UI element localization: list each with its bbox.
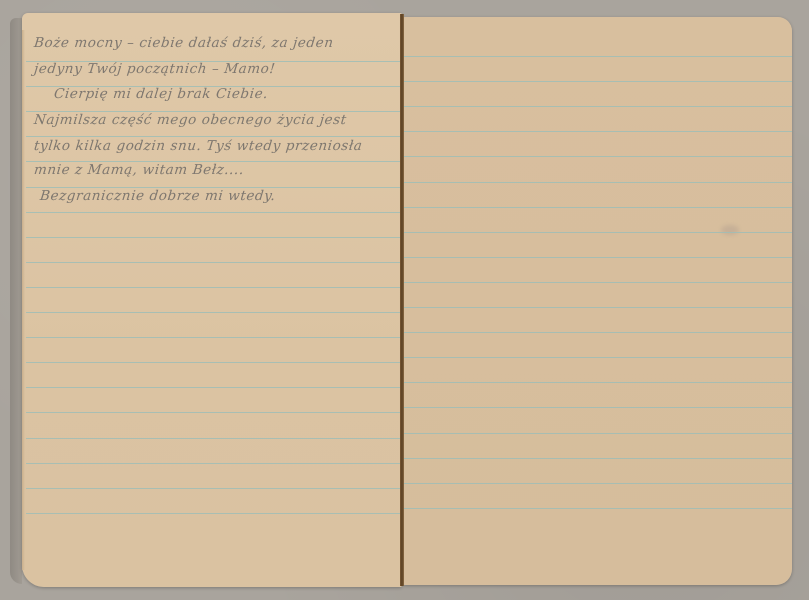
ruled-line xyxy=(26,337,400,338)
ruled-line xyxy=(26,488,400,489)
ruled-line xyxy=(403,433,792,434)
ruled-line xyxy=(26,312,400,313)
handwritten-line: tylko kilka godzin snu. Tyś wtedy przeni… xyxy=(33,138,363,154)
ruled-line xyxy=(403,458,792,459)
ruled-line xyxy=(403,307,792,308)
handwritten-line: mnie z Mamą, witam Bełz.... xyxy=(33,162,245,178)
handwritten-line: Cierpię mi dalej brak Ciebie. xyxy=(53,86,269,102)
handwritten-line: Najmilsza część mego obecnego życia jest xyxy=(33,112,347,128)
ruled-line xyxy=(26,438,400,439)
paper-smudge xyxy=(721,225,739,235)
ruled-line xyxy=(26,212,400,213)
ruled-line xyxy=(403,232,792,233)
handwritten-line: Boże mocny – ciebie dałaś dziś, za jeden xyxy=(33,35,334,51)
ruled-line xyxy=(26,412,400,413)
notebook-binding xyxy=(400,14,404,586)
ruled-line xyxy=(403,407,792,408)
ruled-line xyxy=(403,332,792,333)
ruled-line xyxy=(26,387,400,388)
ruled-line xyxy=(403,483,792,484)
ruled-line xyxy=(26,362,400,363)
ruled-line xyxy=(403,207,792,208)
ruled-line xyxy=(403,131,792,132)
ruled-line xyxy=(26,262,400,263)
notebook-cover-edge xyxy=(10,18,22,584)
handwritten-line: jedyny Twój początnich – Mamo! xyxy=(33,61,276,77)
ruled-line xyxy=(403,156,792,157)
ruled-line xyxy=(26,287,400,288)
ruled-line xyxy=(403,56,792,57)
ruled-line xyxy=(403,357,792,358)
page-stack-edge xyxy=(22,30,25,570)
ruled-line xyxy=(403,257,792,258)
ruled-line xyxy=(403,508,792,509)
left-page: Boże mocny – ciebie dałaś dziś, za jeden… xyxy=(22,13,402,587)
handwritten-line: Bezgranicznie dobrze mi wtedy. xyxy=(39,188,276,204)
ruled-line xyxy=(403,182,792,183)
ruled-line xyxy=(26,513,400,514)
ruled-line xyxy=(26,463,400,464)
right-page xyxy=(403,17,792,585)
ruled-line xyxy=(26,237,400,238)
ruled-line xyxy=(403,382,792,383)
ruled-line xyxy=(403,282,792,283)
ruled-line xyxy=(403,81,792,82)
ruled-line xyxy=(403,106,792,107)
